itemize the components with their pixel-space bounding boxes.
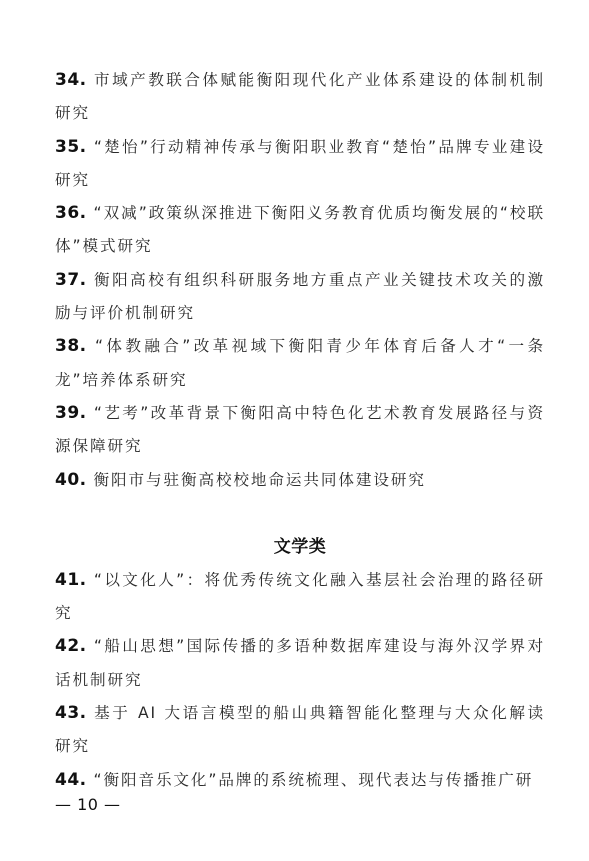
item-number: 34.	[55, 70, 87, 90]
item-text: “船山思想”国际传播的多语种数据库建设与海外汉学界对话机制研究	[55, 637, 545, 688]
item-number: 43.	[55, 703, 87, 723]
item-text: “衡阳音乐文化”品牌的系统梳理、现代表达与传播推广研	[87, 771, 534, 789]
list-item: 42. “船山思想”国际传播的多语种数据库建设与海外汉学界对话机制研究	[55, 630, 545, 697]
item-number: 38.	[55, 336, 87, 356]
document-page: 34. 市域产教联合体赋能衡阳现代化产业体系建设的体制机制研究 35. “楚怡”…	[55, 64, 545, 797]
list-item: 38. “体教融合”改革视域下衡阳青少年体育后备人才“一条龙”培养体系研究	[55, 330, 545, 397]
item-number: 35.	[55, 137, 87, 157]
page-number: — 10 —	[55, 795, 121, 814]
list-item: 40. 衡阳市与驻衡高校校地命运共同体建设研究	[55, 464, 545, 497]
item-number: 39.	[55, 403, 87, 423]
list-item: 44. “衡阳音乐文化”品牌的系统梳理、现代表达与传播推广研	[55, 764, 545, 797]
item-text: “艺考”改革背景下衡阳高中特色化艺术教育发展路径与资源保障研究	[55, 404, 545, 455]
item-text: “楚怡”行动精神传承与衡阳职业教育“楚怡”品牌专业建设研究	[55, 138, 545, 189]
item-number: 37.	[55, 270, 87, 290]
list-item: 35. “楚怡”行动精神传承与衡阳职业教育“楚怡”品牌专业建设研究	[55, 131, 545, 198]
list-item: 37. 衡阳高校有组织科研服务地方重点产业关键技术攻关的激励与评价机制研究	[55, 264, 545, 331]
item-number: 42.	[55, 636, 87, 656]
item-text: 基于 AI 大语言模型的船山典籍智能化整理与大众化解读研究	[55, 704, 545, 755]
item-number: 44.	[55, 770, 87, 790]
list-item: 43. 基于 AI 大语言模型的船山典籍智能化整理与大众化解读研究	[55, 697, 545, 764]
item-text: “以文化人”：将优秀传统文化融入基层社会治理的路径研究	[55, 571, 545, 622]
item-number: 36.	[55, 203, 87, 223]
section-heading: 文学类	[55, 531, 545, 564]
list-item: 36. “双减”政策纵深推进下衡阳义务教育优质均衡发展的“校联体”模式研究	[55, 197, 545, 264]
section-literature: 文学类 41. “以文化人”：将优秀传统文化融入基层社会治理的路径研究 42. …	[55, 531, 545, 797]
item-text: “体教融合”改革视域下衡阳青少年体育后备人才“一条龙”培养体系研究	[55, 337, 545, 388]
list-item: 41. “以文化人”：将优秀传统文化融入基层社会治理的路径研究	[55, 564, 545, 631]
item-number: 40.	[55, 470, 87, 490]
item-text: 衡阳市与驻衡高校校地命运共同体建设研究	[87, 471, 426, 489]
list-item: 39. “艺考”改革背景下衡阳高中特色化艺术教育发展路径与资源保障研究	[55, 397, 545, 464]
item-text: 衡阳高校有组织科研服务地方重点产业关键技术攻关的激励与评价机制研究	[55, 271, 545, 322]
item-text: “双减”政策纵深推进下衡阳义务教育优质均衡发展的“校联体”模式研究	[55, 204, 545, 255]
list-item: 34. 市域产教联合体赋能衡阳现代化产业体系建设的体制机制研究	[55, 64, 545, 131]
item-number: 41.	[55, 570, 87, 590]
section-education: 34. 市域产教联合体赋能衡阳现代化产业体系建设的体制机制研究 35. “楚怡”…	[55, 64, 545, 497]
item-text: 市域产教联合体赋能衡阳现代化产业体系建设的体制机制研究	[55, 71, 545, 122]
